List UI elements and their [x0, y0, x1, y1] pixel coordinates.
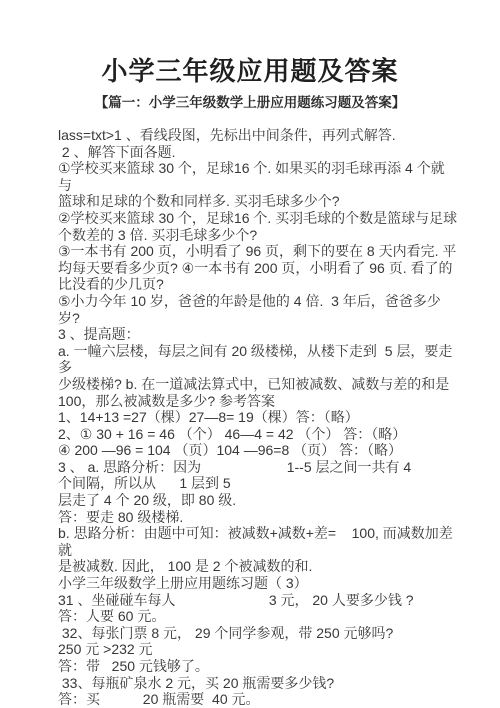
text-line: 250 元 >232 元	[58, 641, 458, 658]
text-line: 2 、解答下面各题.	[58, 144, 458, 161]
text-line: 篮球和足球的个数和同样多. 买羽毛球多少个?	[58, 193, 458, 210]
text-line: 31 、坐碰碰车每人 3 元， 20 人要多少钱 ?	[58, 592, 458, 609]
text-line: 小学三年级数学上册应用题练习题（ 3）	[58, 575, 458, 592]
text-line: 3 、 a. 思路分析：因为 1--5 层之间一共有 4	[58, 459, 458, 476]
text-line: 33、每瓶矿泉水 2 元，买 20 瓶需要多少钱?	[58, 675, 458, 692]
text-line: 是被减数. 因此， 100 是 2 个被减数的和.	[58, 558, 458, 575]
text-line: 2、① 30 + 16 = 46 （个） 46—4 = 42 （个） 答：（略）	[58, 426, 458, 443]
text-line: 1、14+13 =27（棵）27—8= 19（棵）答：（略）	[58, 409, 458, 426]
text-line: 答：买 20 瓶需要 40 元。	[58, 691, 458, 708]
text-line: ③一本书有 200 页，小明看了 96 页，剩下的要在 8 天内看完. 平	[58, 243, 458, 260]
text-line: 层走了 4 个 20 级，即 80 级.	[58, 492, 458, 509]
document-title: 小学三年级应用题及答案	[0, 0, 500, 86]
text-line: a. 一幢六层楼，每层之间有 20 级楼梯，从楼下走到 5 层，要走多	[58, 343, 458, 376]
text-line: 均每天要看多少页? ④一本书有 200 页，小明看了 96 页. 看了的	[58, 260, 458, 277]
text-line: b. 思路分析：由题中可知：被减数+减数+差= 100, 而减数加差就	[58, 525, 458, 558]
document-body: lass=txt>1 、看线段图，先标出中间条件，再列式解答. 2 、解答下面各…	[0, 127, 500, 708]
text-line: 个数差的 3 倍. 买羽毛球多少个?	[58, 227, 458, 244]
section-heading: 【篇一：小学三年级数学上册应用题练习题及答案】	[0, 94, 500, 111]
text-line: 比没看的少几页?	[58, 276, 458, 293]
text-line: ⑤小力今年 10 岁，爸爸的年龄是他的 4 倍. 3 年后，爸爸多少岁?	[58, 293, 458, 326]
text-line: 3 、提高题：	[58, 326, 458, 343]
text-line: 100，那么被减数是多少? 参考答案	[58, 393, 458, 410]
document-page: 小学三年级应用题及答案 【篇一：小学三年级数学上册应用题练习题及答案】 lass…	[0, 0, 500, 708]
text-line: ②学校买来篮球 30 个，足球16 个. 买羽毛球的个数是篮球与足球	[58, 210, 458, 227]
text-line: 答：人要 60 元。	[58, 608, 458, 625]
text-line: 少级楼梯? b. 在一道减法算式中，已知被减数、减数与差的和是	[58, 376, 458, 393]
text-line: 个间隔，所以从 1 层到 5	[58, 475, 458, 492]
text-line: lass=txt>1 、看线段图，先标出中间条件，再列式解答.	[58, 127, 458, 144]
text-line: 答：带 250 元钱够了。	[58, 658, 458, 675]
text-line: 32、每张门票 8 元， 29 个同学参观，带 250 元够吗?	[58, 625, 458, 642]
text-line: ①学校买来篮球 30 个，足球16 个. 如果买的羽毛球再添 4 个就与	[58, 160, 458, 193]
text-line: 答：要走 80 级楼梯.	[58, 509, 458, 526]
text-line: ④ 200 —96 = 104 （页）104 —96=8 （页） 答：（略）	[58, 442, 458, 459]
